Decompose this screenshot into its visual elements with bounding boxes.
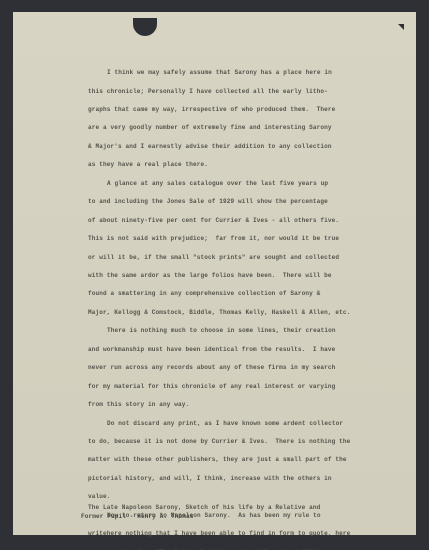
caption-line-1: The Late Napoleon Sarony, Sketch of his … [88,504,320,512]
text-line: A glance at any sales catalogue over the… [107,180,328,188]
text-line: This is not said with prejudice; far fro… [88,235,339,243]
text-line: from this story in any way. [88,401,189,409]
text-line: to do, because it is not done by Currier… [88,438,350,446]
text-line: writehere nothing that I have been able … [88,530,350,538]
caption-line-2: Former Pupil - Henry A. Thomas [81,513,193,521]
text-line: & Major's and I earnestly advise their a… [88,143,332,151]
text-line: with the same ardor as the large folios … [88,272,332,280]
text-line: to and including the Jones Sale of 1929 … [88,198,328,206]
text-line: and workmanship must have been identical… [88,346,335,354]
text-line: Do not discard any print, as I have know… [107,420,343,428]
torn-corner [398,24,404,30]
punch-hole [133,18,157,36]
text-line: never run across any records about any o… [88,364,335,372]
text-line: There is nothing much to choose in some … [107,327,336,335]
text-line: of about ninety-five per cent for Currie… [88,217,339,225]
text-line: as they have a real place there. [88,161,208,169]
text-line: I think we may safely assume that Sarony… [107,69,332,77]
text-line: found a smattering in any comprehensive … [88,290,320,298]
text-line: pictorial history, and will, I think, in… [88,475,332,483]
text-line: for my material for this chronicle of an… [88,383,335,391]
text-line: this chronicle; Personally I have collec… [88,88,328,96]
text-line: matter with these other publishers, they… [88,456,347,464]
text-line: value. [88,493,111,501]
text-line: are a very goodly number of extremely fi… [88,124,332,132]
text-line: graphs that came my way, irrespective of… [88,106,335,114]
text-line: Major, Kellogg & Comstock, Biddle, Thoma… [88,309,350,317]
text-line: or will it be, if the small "stock print… [88,254,339,262]
